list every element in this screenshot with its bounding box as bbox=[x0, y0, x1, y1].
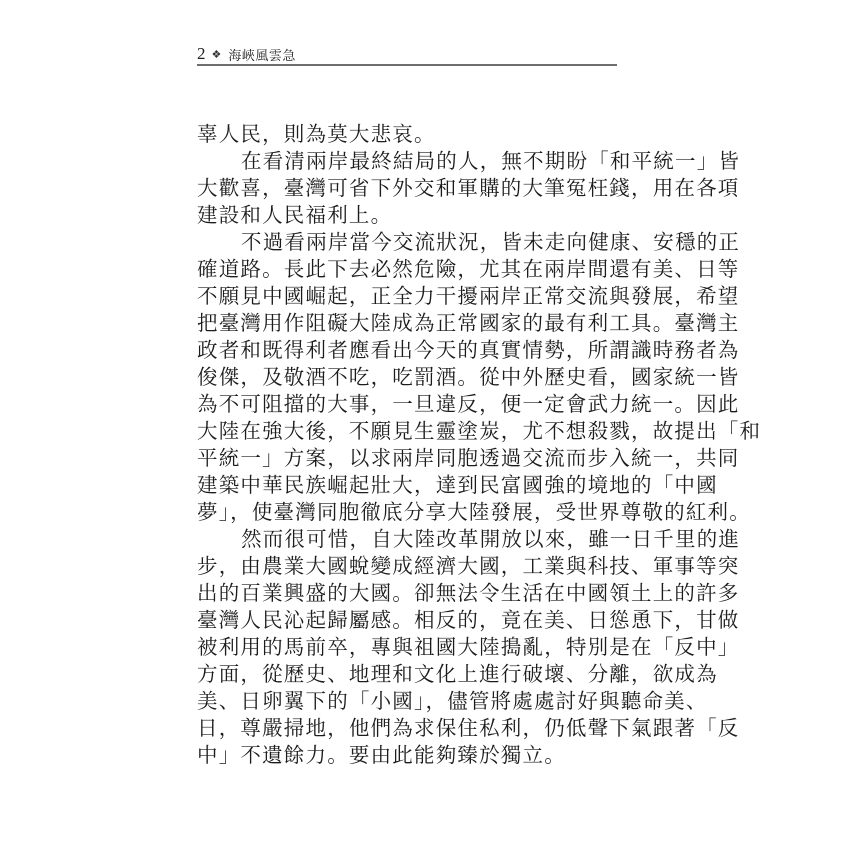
text-line: 不願見中國崛起，正全力干擾兩岸正常交流與發展，希望 bbox=[197, 283, 617, 310]
text-line: 中」不遺餘力。要由此能夠臻於獨立。 bbox=[197, 742, 617, 769]
text-line: 大歡喜，臺灣可省下外交和軍購的大筆冤枉錢，用在各項 bbox=[197, 175, 617, 202]
text-line: 辜人民，則為莫大悲哀。 bbox=[197, 121, 617, 148]
text-line: 方面，從歷史、地理和文化上進行破壞、分離，欲成為 bbox=[197, 661, 617, 688]
text-line: 美、日卵翼下的「小國」，儘管將處處討好與聽命美、 bbox=[197, 688, 617, 715]
body-text: 辜人民，則為莫大悲哀。 在看清兩岸最終結局的人，無不期盼「和平統一」皆 大歡喜，… bbox=[197, 121, 617, 769]
text-line: 為不可阻擋的大事，一旦違反，便一定會武力統一。因此 bbox=[197, 391, 617, 418]
text-line: 日，尊嚴掃地，他們為求保住私利，仍低聲下氣跟著「反 bbox=[197, 715, 617, 742]
text-line: 建築中華民族崛起壯大，達到民富國強的境地的「中國 bbox=[197, 472, 617, 499]
text-line: 出的百業興盛的大國。卻無法令生活在中國領土上的許多 bbox=[197, 580, 617, 607]
text-line: 在看清兩岸最終結局的人，無不期盼「和平統一」皆 bbox=[197, 148, 617, 175]
text-line: 臺灣人民沁起歸屬感。相反的，竟在美、日慫恿下，甘做 bbox=[197, 607, 617, 634]
text-line: 政者和既得利者應看出今天的真實情勢，所謂識時務者為 bbox=[197, 337, 617, 364]
text-line: 夢」，使臺灣同胞徹底分享大陸發展，受世界尊敬的紅利。 bbox=[197, 499, 617, 526]
text-line: 大陸在強大後，不願見生靈塗炭，尤不想殺戮，故提出「和 bbox=[197, 418, 617, 445]
page-number: 2 bbox=[197, 44, 206, 64]
text-line: 平統一」方案，以求兩岸同胞透過交流而步入統一，共同 bbox=[197, 445, 617, 472]
text-line: 把臺灣用作阻礙大陸成為正常國家的最有利工具。臺灣主 bbox=[197, 310, 617, 337]
text-line: 不過看兩岸當今交流狀況，皆未走向健康、安穩的正 bbox=[197, 229, 617, 256]
text-line: 建設和人民福利上。 bbox=[197, 202, 617, 229]
running-head: 2 ❖ 海峽風雲急 bbox=[197, 44, 296, 64]
text-line: 步，由農業大國蛻變成經濟大國，工業與科技、軍事等突 bbox=[197, 553, 617, 580]
book-title: 海峽風雲急 bbox=[228, 45, 296, 64]
text-line: 確道路。長此下去必然危險，尤其在兩岸間還有美、日等 bbox=[197, 256, 617, 283]
text-line: 被利用的馬前卒，專與祖國大陸搗亂，特別是在「反中」 bbox=[197, 634, 617, 661]
book-page: 2 ❖ 海峽風雲急 辜人民，則為莫大悲哀。 在看清兩岸最終結局的人，無不期盼「和… bbox=[0, 0, 850, 850]
diamond-ornament-icon: ❖ bbox=[212, 48, 222, 61]
header-rule bbox=[197, 64, 617, 66]
text-line: 然而很可惜，自大陸改革開放以來，雖一日千里的進 bbox=[197, 526, 617, 553]
text-line: 俊傑，及敬酒不吃，吃罰酒。從中外歷史看，國家統一皆 bbox=[197, 364, 617, 391]
